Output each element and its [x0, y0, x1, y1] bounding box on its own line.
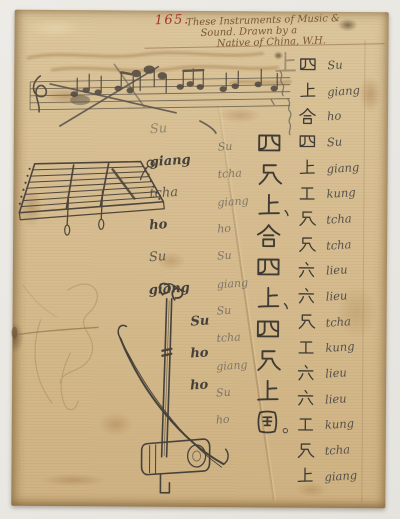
gongche-row [254, 375, 291, 406]
romanized-syllable: kung [326, 185, 356, 201]
syllable-row: ho [190, 337, 209, 369]
punctuation-mark [280, 425, 291, 436]
romanized-syllable: tcha [325, 314, 351, 330]
romanized-syllable: Su [326, 134, 342, 149]
gongche-character [296, 415, 315, 434]
gongche-row: Su [298, 52, 360, 78]
gongche-character [255, 284, 282, 311]
romanized-syllable: ho [327, 109, 342, 124]
gongche-character [255, 253, 282, 280]
romanized-syllable: lieu [326, 263, 348, 278]
gongche-character [297, 209, 316, 228]
romanized-syllable: Su [190, 313, 210, 329]
bold-syllable-column: Su giang tcha ho Su giang Su [148, 113, 211, 401]
syllable-row: giang [217, 188, 248, 216]
romanized-syllable: Su [216, 304, 231, 318]
gongche-character [297, 183, 316, 202]
syllable-row: Su [149, 241, 210, 273]
romanized-syllable: Su [327, 57, 343, 72]
romanized-syllable: Su [217, 140, 232, 154]
gongche-character [255, 191, 282, 218]
gongche-row: tcha [297, 231, 359, 257]
gongche-row [255, 282, 292, 313]
syllable-row: giang [217, 270, 248, 298]
gongche-character [297, 312, 316, 331]
syllable-row: Su [150, 113, 211, 145]
romanized-syllable: lieu [325, 365, 347, 380]
romanized-syllable: Su [149, 249, 167, 265]
gongche-row: giang [298, 154, 360, 180]
gongche-character [254, 408, 281, 435]
syllable-row: Su [217, 297, 248, 325]
syllable-row: ho [149, 209, 210, 241]
gongche-row: kung [296, 411, 358, 437]
gongche-character [254, 315, 281, 342]
right-edge-crease [361, 40, 365, 502]
romanized-syllable: tcha [149, 184, 179, 201]
manuscript-page: 165. These Instruments of Music & Sound.… [11, 10, 388, 509]
romanized-syllable: ho [190, 345, 209, 361]
gongche-character [296, 440, 315, 459]
romanized-syllable: giang [324, 468, 357, 484]
gongche-row [256, 127, 293, 158]
romanized-syllable: tcha [326, 211, 352, 227]
syllable-row: tcha [216, 324, 247, 352]
gongche-character [254, 346, 281, 373]
romanized-syllable: lieu [325, 391, 347, 406]
gongche-character [255, 222, 282, 249]
gongche-row: lieu [296, 360, 358, 386]
romanized-syllable: ho [217, 222, 232, 236]
romanized-syllable: giang [217, 194, 249, 209]
romanized-syllable: Su [217, 249, 232, 263]
romanized-syllable: Su [149, 121, 167, 137]
gongche-character [256, 129, 283, 156]
syllable-row: tcha [217, 160, 248, 188]
syllable-row: ho [190, 369, 209, 401]
gongche-row: Su [298, 129, 360, 155]
gongche-character [296, 363, 315, 382]
syllable-row: ho [216, 406, 247, 434]
syllable-row: giang [149, 273, 210, 305]
romanized-syllable: lieu [325, 288, 347, 303]
gongche-character [296, 389, 315, 408]
gongche-character [296, 338, 315, 357]
gongche-character [298, 158, 317, 177]
gongche-row: tcha [296, 309, 358, 335]
gongche-row: giang [295, 463, 357, 489]
gongche-character [254, 377, 281, 404]
gongche-character [297, 235, 316, 254]
gongche-row: kung [296, 334, 358, 360]
syllable-row: giang [150, 145, 211, 177]
gongche-character [297, 286, 316, 305]
gongche-row: tcha [297, 206, 359, 232]
gongche-character [298, 55, 317, 74]
syllable-row: giang [216, 351, 247, 379]
romanized-syllable: giang [216, 358, 248, 373]
syllable-row: Su [217, 242, 248, 270]
punctuation-mark [281, 301, 292, 312]
light-syllable-column: Su tcha giang ho Su giang Su [216, 133, 249, 433]
gongche-row: lieu [297, 283, 359, 309]
gongche-character [256, 160, 283, 187]
gongche-row [255, 189, 292, 220]
gongche-character [297, 261, 316, 280]
gongche-row: lieu [297, 257, 359, 283]
punctuation-mark [281, 208, 292, 219]
gongche-row: kung [297, 180, 359, 206]
romanized-syllable: Su [216, 386, 231, 400]
gongche-character [298, 81, 317, 100]
romanized-syllable: tcha [216, 331, 241, 345]
romanized-syllable: tcha [217, 167, 242, 181]
romanized-syllable: giang [216, 276, 248, 291]
romanized-syllable: giang [326, 160, 359, 176]
romanized-syllable: kung [324, 417, 354, 433]
gongche-row [255, 220, 292, 251]
gongche-row [254, 313, 291, 344]
syllable-row: Su [190, 305, 209, 337]
romanized-syllable: giang [148, 280, 190, 298]
gongche-row: tcha [296, 437, 358, 463]
syllable-row: tcha [149, 177, 210, 209]
gongche-row [255, 251, 292, 282]
romanized-syllable: tcha [324, 442, 350, 458]
syllable-row: Su [216, 379, 247, 407]
romanized-syllable: tcha [326, 237, 352, 253]
romanized-syllable: giang [327, 83, 360, 99]
romanized-syllable: giang [149, 152, 191, 170]
syllable-row: ho [217, 215, 248, 243]
gongche-row [255, 158, 292, 189]
romanized-syllable: ho [215, 413, 230, 427]
syllable-row: Su [218, 133, 249, 161]
romanized-syllable: ho [190, 377, 209, 393]
gongche-character [295, 466, 314, 485]
gongche-row [254, 344, 291, 375]
gongche-row [254, 406, 291, 437]
romanized-syllable: ho [149, 217, 168, 233]
gongche-row: lieu [296, 386, 358, 412]
gongche-character [298, 106, 317, 125]
large-gongche-column [254, 127, 293, 437]
gongche-right-column: Su giang ho Su giang [295, 52, 360, 489]
gongche-row: giang [298, 77, 360, 103]
romanized-syllable: kung [325, 339, 355, 355]
gongche-row: ho [298, 103, 360, 129]
gongche-character [298, 132, 317, 151]
